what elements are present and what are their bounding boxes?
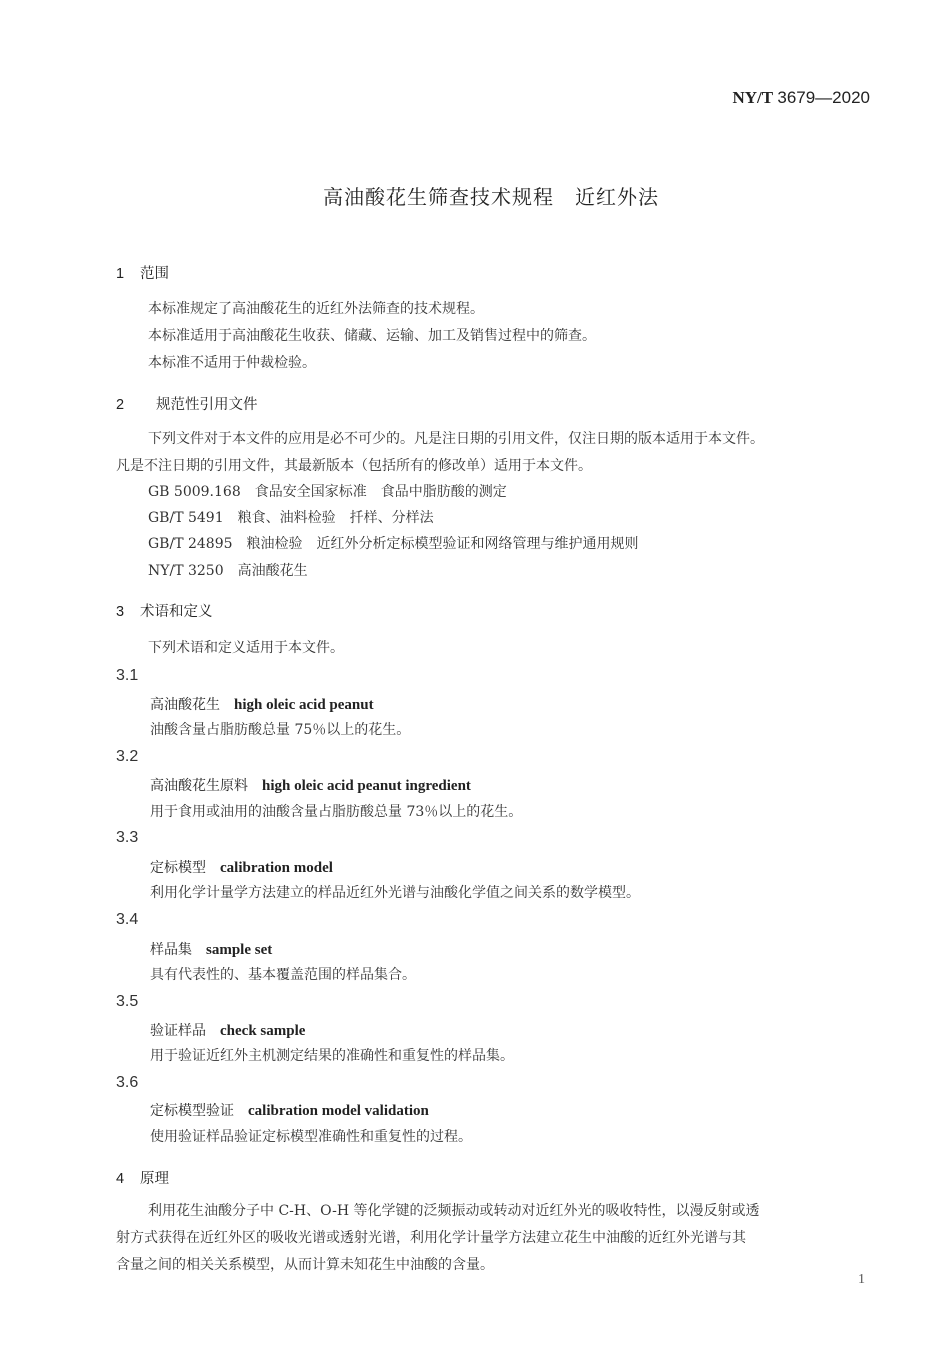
standard-number: 3679—2020	[777, 88, 870, 107]
reference-title: 粮食、油料检验 扦样、分样法	[238, 510, 434, 526]
paragraph: 凡是不注日期的引用文件，其最新版本（包括所有的修改单）适用于本文件。	[116, 455, 592, 475]
paragraph: 本标准规定了高油酸花生的近红外法筛查的技术规程。	[148, 298, 484, 318]
reference-code: GB 5009.168	[148, 484, 241, 500]
reference-item: NY/T 3250 高油酸花生	[148, 560, 308, 580]
reference-item: GB/T 5491 粮食、油料检验 扦样、分样法	[148, 507, 434, 527]
page-number: 1	[858, 1272, 865, 1288]
term-definition: 利用化学计量学方法建立的样品近红外光谱与油酸化学值之间关系的数学模型。	[150, 882, 640, 902]
reference-item: GB/T 24895 粮油检验 近红外分析定标模型验证和网络管理与维护通用规则	[148, 533, 639, 553]
section-4-heading: 4原理	[116, 1167, 169, 1188]
paragraph: 利用花生油酸分子中 C-H、O-H 等化学键的泛频振动或转动对近红外光的吸收特性…	[148, 1200, 759, 1220]
section-number: 3	[116, 604, 140, 620]
term-en: calibration model	[220, 860, 333, 876]
reference-title: 高油酸花生	[238, 563, 308, 579]
term-en: high oleic acid peanut	[234, 697, 374, 713]
term-number: 3.4	[116, 911, 138, 929]
term-en: check sample	[220, 1023, 305, 1039]
reference-code: GB/T 24895	[148, 536, 233, 552]
term-zh: 验证样品	[150, 1023, 206, 1039]
section-2-heading: 2规范性引用文件	[116, 393, 258, 414]
document-title: 高油酸花生筛查技术规程 近红外法	[0, 181, 950, 210]
term-zh: 定标模型验证	[150, 1103, 234, 1119]
term-number: 3.3	[116, 829, 138, 847]
term-definition: 油酸含量占脂肪酸总量 75％以上的花生。	[150, 719, 410, 739]
standard-prefix: NY/T	[732, 88, 773, 107]
standard-code: NY/T 3679—2020	[732, 88, 870, 108]
term-definition: 用于验证近红外主机测定结果的准确性和重复性的样品集。	[150, 1045, 514, 1065]
paragraph: 本标准适用于高油酸花生收获、储藏、运输、加工及销售过程中的筛查。	[148, 325, 596, 345]
term-zh: 样品集	[150, 942, 192, 958]
term-zh: 高油酸花生	[150, 697, 220, 713]
section-title: 规范性引用文件	[156, 397, 258, 413]
section-number: 1	[116, 266, 140, 282]
term-definition: 具有代表性的、基本覆盖范围的样品集合。	[150, 964, 416, 984]
section-title: 术语和定义	[140, 604, 213, 620]
term-zh: 高油酸花生原料	[150, 778, 248, 794]
term-heading: 定标模型验证calibration model validation	[150, 1100, 429, 1120]
section-3-heading: 3术语和定义	[116, 600, 213, 621]
paragraph: 含量之间的相关关系模型，从而计算未知花生中油酸的含量。	[116, 1254, 494, 1274]
term-definition: 使用验证样品验证定标模型准确性和重复性的过程。	[150, 1126, 472, 1146]
reference-title: 食品安全国家标准 食品中脂肪酸的测定	[255, 484, 507, 500]
term-heading: 高油酸花生high oleic acid peanut	[150, 694, 374, 714]
term-en: calibration model validation	[248, 1103, 429, 1119]
term-heading: 验证样品check sample	[150, 1020, 305, 1040]
section-number: 2	[116, 397, 156, 413]
section-title: 范围	[140, 266, 169, 282]
term-heading: 高油酸花生原料high oleic acid peanut ingredient	[150, 775, 471, 795]
reference-code: GB/T 5491	[148, 510, 224, 526]
reference-item: GB 5009.168 食品安全国家标准 食品中脂肪酸的测定	[148, 481, 507, 501]
reference-code: NY/T 3250	[148, 563, 224, 579]
section-number: 4	[116, 1171, 140, 1187]
term-en: sample set	[206, 942, 272, 958]
reference-title: 粮油检验 近红外分析定标模型验证和网络管理与维护通用规则	[247, 536, 639, 552]
term-heading: 定标模型calibration model	[150, 857, 333, 877]
paragraph: 射方式获得在近红外区的吸收光谱或透射光谱，利用化学计量学方法建立花生中油酸的近红…	[116, 1227, 746, 1247]
paragraph: 下列术语和定义适用于本文件。	[148, 637, 344, 657]
paragraph: 下列文件对于本文件的应用是必不可少的。凡是注日期的引用文件，仅注日期的版本适用于…	[148, 428, 764, 448]
term-number: 3.2	[116, 748, 138, 766]
term-number: 3.5	[116, 993, 138, 1011]
term-definition: 用于食用或油用的油酸含量占脂肪酸总量 73％以上的花生。	[150, 801, 522, 821]
term-zh: 定标模型	[150, 860, 206, 876]
term-number: 3.1	[116, 667, 138, 685]
paragraph: 本标准不适用于仲裁检验。	[148, 352, 316, 372]
section-title: 原理	[140, 1171, 169, 1187]
term-heading: 样品集sample set	[150, 939, 272, 959]
term-number: 3.6	[116, 1074, 138, 1092]
term-en: high oleic acid peanut ingredient	[262, 778, 471, 794]
section-1-heading: 1范围	[116, 262, 169, 283]
